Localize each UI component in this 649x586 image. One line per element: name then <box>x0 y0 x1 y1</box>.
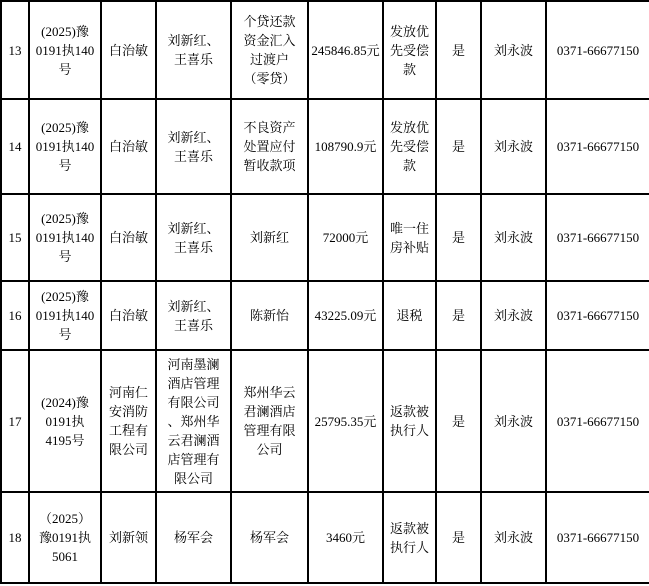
confirm-flag-cell: 是 <box>436 350 481 492</box>
contact-phone-cell: 0371-66677150 <box>546 492 649 583</box>
party-cell: 刘新领 <box>101 492 156 583</box>
table-row: 13 (2025)豫 0191执140 号 白治敏 刘新红、 王喜乐 个贷还款 … <box>1 1 649 99</box>
contact-person-cell: 刘永波 <box>481 350 546 492</box>
table-row: 16 (2025)豫 0191执140 号 白治敏 刘新红、 王喜乐 陈新怡 4… <box>1 281 649 350</box>
fund-nature-cell: 退税 <box>383 281 436 350</box>
contact-person-cell: 刘永波 <box>481 281 546 350</box>
table-row: 14 (2025)豫 0191执140 号 白治敏 刘新红、 王喜乐 不良资产 … <box>1 99 649 194</box>
payee-cell: 陈新怡 <box>231 281 308 350</box>
party-cell: 白治敏 <box>101 99 156 194</box>
confirm-flag-cell: 是 <box>436 281 481 350</box>
respondent-cell: 刘新红、 王喜乐 <box>156 99 231 194</box>
respondent-cell: 刘新红、 王喜乐 <box>156 194 231 281</box>
case-number-cell: (2025)豫 0191执140 号 <box>29 99 101 194</box>
contact-person-cell: 刘永波 <box>481 492 546 583</box>
contact-phone-cell: 0371-66677150 <box>546 1 649 99</box>
contact-person-cell: 刘永波 <box>481 1 546 99</box>
case-number-cell: (2025)豫 0191执140 号 <box>29 281 101 350</box>
contact-phone-cell: 0371-66677150 <box>546 99 649 194</box>
contact-phone-cell: 0371-66677150 <box>546 194 649 281</box>
row-index-cell: 15 <box>1 194 29 281</box>
party-cell: 河南仁 安消防 工程有 限公司 <box>101 350 156 492</box>
respondent-cell: 杨军会 <box>156 492 231 583</box>
contact-person-cell: 刘永波 <box>481 194 546 281</box>
fund-nature-cell: 发放优 先受偿 款 <box>383 99 436 194</box>
row-index-cell: 16 <box>1 281 29 350</box>
payee-cell: 郑州华云 君澜酒店 管理有限 公司 <box>231 350 308 492</box>
amount-cell: 25795.35元 <box>308 350 383 492</box>
party-cell: 白治敏 <box>101 1 156 99</box>
payout-table: 13 (2025)豫 0191执140 号 白治敏 刘新红、 王喜乐 个贷还款 … <box>0 0 649 584</box>
payee-cell: 个贷还款 资金汇入 过渡户 （零贷） <box>231 1 308 99</box>
confirm-flag-cell: 是 <box>436 1 481 99</box>
confirm-flag-cell: 是 <box>436 99 481 194</box>
fund-nature-cell: 返款被 执行人 <box>383 350 436 492</box>
case-number-cell: (2025)豫 0191执140 号 <box>29 194 101 281</box>
payee-cell: 刘新红 <box>231 194 308 281</box>
party-cell: 白治敏 <box>101 194 156 281</box>
amount-cell: 43225.09元 <box>308 281 383 350</box>
fund-nature-cell: 唯一住 房补贴 <box>383 194 436 281</box>
row-index-cell: 17 <box>1 350 29 492</box>
row-index-cell: 14 <box>1 99 29 194</box>
table-row: 17 (2024)豫 0191执 4195号 河南仁 安消防 工程有 限公司 河… <box>1 350 649 492</box>
contact-phone-cell: 0371-66677150 <box>546 350 649 492</box>
contact-person-cell: 刘永波 <box>481 99 546 194</box>
party-cell: 白治敏 <box>101 281 156 350</box>
amount-cell: 245846.85元 <box>308 1 383 99</box>
amount-cell: 108790.9元 <box>308 99 383 194</box>
amount-cell: 72000元 <box>308 194 383 281</box>
fund-nature-cell: 返款被 执行人 <box>383 492 436 583</box>
case-number-cell: （2025） 豫0191执 5061 <box>29 492 101 583</box>
fund-nature-cell: 发放优 先受偿 款 <box>383 1 436 99</box>
table-row: 15 (2025)豫 0191执140 号 白治敏 刘新红、 王喜乐 刘新红 7… <box>1 194 649 281</box>
respondent-cell: 刘新红、 王喜乐 <box>156 1 231 99</box>
respondent-cell: 河南墨澜 酒店管理 有限公司 、郑州华 云君澜酒 店管理有 限公司 <box>156 350 231 492</box>
row-index-cell: 13 <box>1 1 29 99</box>
table-row: 18 （2025） 豫0191执 5061 刘新领 杨军会 杨军会 3460元 … <box>1 492 649 583</box>
respondent-cell: 刘新红、 王喜乐 <box>156 281 231 350</box>
confirm-flag-cell: 是 <box>436 194 481 281</box>
case-number-cell: (2025)豫 0191执140 号 <box>29 1 101 99</box>
confirm-flag-cell: 是 <box>436 492 481 583</box>
payee-cell: 不良资产 处置应付 暂收款项 <box>231 99 308 194</box>
row-index-cell: 18 <box>1 492 29 583</box>
payee-cell: 杨军会 <box>231 492 308 583</box>
case-number-cell: (2024)豫 0191执 4195号 <box>29 350 101 492</box>
contact-phone-cell: 0371-66677150 <box>546 281 649 350</box>
amount-cell: 3460元 <box>308 492 383 583</box>
